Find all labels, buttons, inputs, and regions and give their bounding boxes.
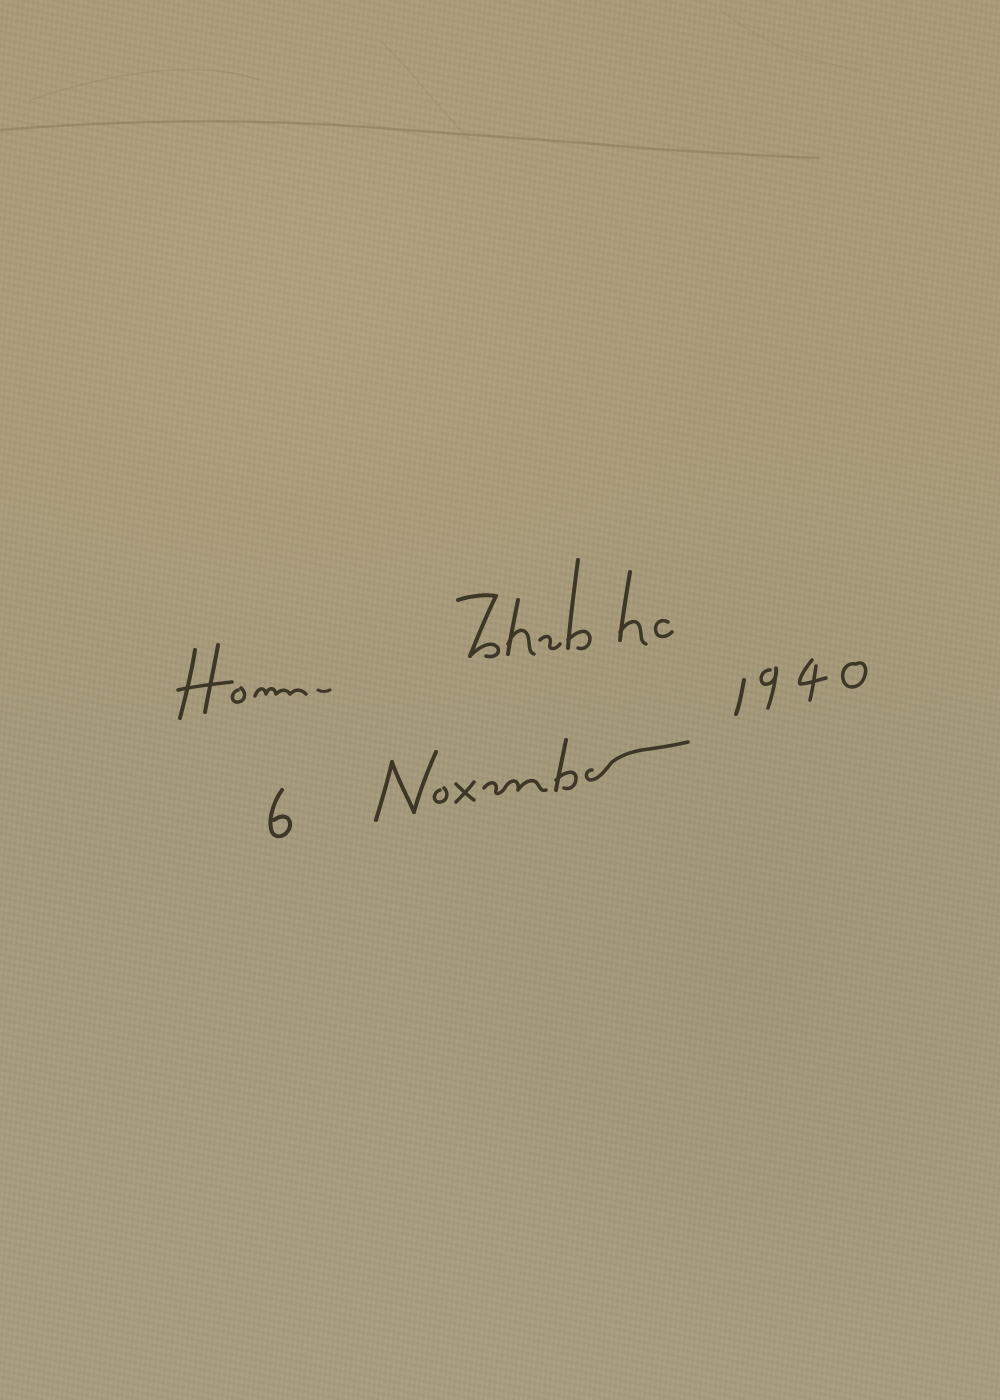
handwritten-inscription xyxy=(0,0,1000,1400)
paper-sheet: Homi Bhabha 6 November 1940 xyxy=(0,0,1000,1400)
handwriting-date xyxy=(270,660,865,836)
handwriting-homi xyxy=(178,645,330,718)
handwriting-bhabha xyxy=(458,560,672,657)
